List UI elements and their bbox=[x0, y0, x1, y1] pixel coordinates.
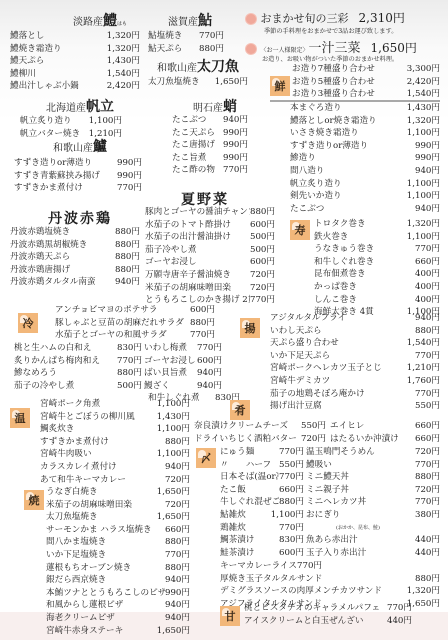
item-price: 1,760円 bbox=[407, 375, 440, 388]
hamo-title-prefix: 淡路産 bbox=[73, 17, 103, 28]
snacks-list: 奈良漬けクリームチーズ550円 エイヒレ660円 ドライいちじく酒粕バター720… bbox=[194, 420, 440, 445]
menu-item: 間八造り940円 bbox=[290, 165, 440, 178]
hamo-title-main: 鱧 bbox=[103, 13, 117, 29]
item-name: キーマカレーライス bbox=[220, 560, 297, 573]
item-name: 桃とピスタチオのキャラメルパフェ bbox=[244, 602, 387, 615]
item-name: 宮崎ポークヘレカツ玉子とじ bbox=[270, 362, 407, 375]
badge-label: 〆 bbox=[201, 450, 212, 466]
item-name: たこ唐揚げ bbox=[172, 139, 223, 152]
menu-item: たこ天ぷら990円 bbox=[172, 127, 248, 140]
item-price: 1,650円 bbox=[157, 486, 190, 499]
tako-title-prefix: 明石産 bbox=[193, 103, 223, 114]
menu-item: 宮崎牛とごぼうの柳川風1,430円 bbox=[40, 411, 190, 424]
item-price: 880円 bbox=[415, 573, 440, 586]
item-name: 温玉鳴門そうめん bbox=[306, 446, 415, 459]
item-price: 1,320円 bbox=[107, 43, 140, 56]
snacks-row: ドライいちじく酒粕バター720円 はたるいか沖漬け660円 bbox=[194, 433, 440, 446]
item-name: 銀だら西京焼き bbox=[46, 574, 165, 587]
badge-meals: 〆 bbox=[196, 448, 216, 468]
item-price: 600円 bbox=[250, 256, 275, 269]
item-name: デミグラスソースの肉厚メンチカツサンド bbox=[220, 585, 407, 598]
item-name: 帆立バター焼き bbox=[20, 128, 89, 141]
item-name: 日本そば(温or冷) bbox=[220, 471, 279, 484]
item-price: 770円 bbox=[117, 355, 142, 368]
sashimi-list: 本まぐろ造り1,430円 鱧落としor焼き霜造り1,320円 いさき焼き霜造り1… bbox=[290, 102, 440, 215]
item-price: 940円 bbox=[197, 380, 222, 393]
item-price: 660円 bbox=[415, 420, 440, 433]
item-name: いわし梅煮 bbox=[144, 342, 197, 355]
warm-list: 宮崎ポーク角煮1,100円 宮崎牛とごぼうの柳川風1,430円 鯛炙炊き1,10… bbox=[40, 398, 190, 486]
item-name: 帆立炙り造り bbox=[290, 178, 407, 191]
item-price: 600円 bbox=[250, 219, 275, 232]
item-price: 770円 bbox=[199, 30, 224, 43]
item-name: たこ飯 bbox=[220, 484, 279, 497]
menu-item: 間八かま塩焼き880円 bbox=[46, 536, 190, 549]
item-name: 蓮根もちオーブン焼き bbox=[46, 562, 165, 575]
badge-label: 温 bbox=[15, 410, 26, 426]
item-name: 宮崎牛デミカツ bbox=[270, 375, 407, 388]
item-price: 880円 bbox=[190, 317, 215, 330]
item-price: 940円 bbox=[115, 276, 140, 289]
suzuki-title: 和歌山産鱸 bbox=[30, 140, 130, 156]
menu-item: 鮎塩焼き770円 bbox=[148, 30, 224, 43]
flower-icon bbox=[245, 43, 257, 55]
menu-item: 牛しぐれ混ぜご飯880円 bbox=[220, 496, 304, 509]
menu-item: にゅう麺770円 bbox=[220, 446, 304, 459]
item-price: 1,650円 bbox=[157, 625, 190, 638]
menu-item: 万願寺唐辛子醤油焼き720円 bbox=[145, 269, 275, 282]
menu-item: アンチョビマヨのポテサラ600円 bbox=[55, 304, 215, 317]
menu-item: アジタルタルフライ940円 bbox=[270, 312, 440, 325]
item-name: うなぎ白焼き bbox=[46, 486, 157, 499]
item-price: 1,320円 bbox=[407, 115, 440, 128]
item-price: 1,320円 bbox=[407, 218, 440, 231]
item-price: 770円 bbox=[250, 294, 275, 307]
suzuki-title-main: 鱸 bbox=[93, 139, 107, 155]
menu-item: すずきかま煮付け770円 bbox=[14, 182, 142, 195]
item-price: 660円 bbox=[165, 524, 190, 537]
item-name: 鱧吸い bbox=[306, 459, 415, 472]
item-name: 鱧柳川 bbox=[10, 68, 107, 81]
menu-item: 鱧出汁しゃぶ小鍋2,420円 bbox=[10, 80, 140, 93]
item-price: 940円 bbox=[223, 114, 248, 127]
menu-item: 鯛茶漬け830円 bbox=[220, 534, 304, 547]
item-name: 鱧落とし bbox=[10, 30, 107, 43]
menu-item: エイヒレ660円 bbox=[330, 420, 440, 433]
item-price: 770円 bbox=[279, 446, 304, 459]
menu-item: たこ旨煮990円 bbox=[172, 152, 248, 165]
hamo-title: 淡路産鱧はも bbox=[40, 14, 160, 31]
menu-item: 鮎天ぷら880円 bbox=[148, 43, 224, 56]
menu-item: ミニ鱧天丼880円 bbox=[306, 471, 440, 484]
item-name: 丹波赤鶏タルタル南蛮 bbox=[10, 276, 115, 289]
item-price: 1,430円 bbox=[157, 411, 190, 424]
item-name: 和風からし蓮根ピザ bbox=[46, 599, 165, 612]
item-name: 丹波赤鶏黒胡椒焼き bbox=[10, 239, 115, 252]
item-name: 鱧出汁しゃぶ小鍋 bbox=[10, 80, 107, 93]
item-price: 720円 bbox=[250, 282, 275, 295]
item-price: 720円 bbox=[415, 446, 440, 459]
item-name: 宮崎牛肉吸い bbox=[40, 448, 157, 461]
omakase-sansai: おまかせ旬の三彩2,310円 bbox=[245, 9, 405, 26]
item-name: 牛しぐれ混ぜご飯 bbox=[220, 496, 279, 509]
item-price: 1,100円 bbox=[407, 190, 440, 203]
menu-item: お造り3種盛り合わせ1,540円 bbox=[292, 88, 440, 101]
item-price: 1,430円 bbox=[107, 55, 140, 68]
item-name: 帆立炙り造り bbox=[20, 115, 89, 128]
item-price: 990円 bbox=[415, 140, 440, 153]
hotate-list: 帆立炙り造り1,100円 帆立バター焼き1,210円 bbox=[20, 115, 122, 140]
item-price: 770円 bbox=[117, 182, 142, 195]
item-name: サーモンかま ハラス塩焼き bbox=[46, 524, 165, 537]
menu-item: 剣先いか造り1,100円 bbox=[290, 190, 440, 203]
menu-item: トロタク巻き1,320円 bbox=[314, 218, 440, 231]
item-name: 丹波赤鶏天ぷら bbox=[10, 251, 115, 264]
menu-item: 鱧落とし1,320円 bbox=[10, 30, 140, 43]
item-price: 880円 bbox=[115, 226, 140, 239]
menu-item: 銀だら西京焼き940円 bbox=[46, 574, 190, 587]
item-name: 和牛しぐれ巻き bbox=[314, 256, 415, 269]
item-name: アジタルタルフライ bbox=[270, 312, 415, 325]
menu-item: ばい貝旨煮940円 bbox=[144, 367, 222, 380]
item-price: 1,540円 bbox=[407, 337, 440, 350]
natsuyasai-list: 豚肉とゴーヤの醤油チャンプル880円 水茄子のトマト酢掛け600円 水茄子の出汁… bbox=[145, 206, 275, 307]
menu-item: 水茄子とゴーヤの和風サラダ770円 bbox=[55, 329, 215, 342]
item-price: 770円 bbox=[279, 471, 304, 484]
menu-item: 鯛炙炊き1,100円 bbox=[40, 423, 190, 436]
item-name: 剣先いか造り bbox=[290, 190, 407, 203]
menu-item: 厚焼き玉子タルタルサンド880円 bbox=[220, 573, 440, 586]
item-price: 600円 bbox=[279, 547, 304, 560]
item-price: 1,540円 bbox=[407, 88, 440, 101]
item-price: 1,430円 bbox=[407, 102, 440, 115]
item-name: 丹波赤鶏塩焼き bbox=[10, 226, 115, 239]
item-name: すずき造りor薄造り bbox=[14, 157, 117, 170]
item-name: たこぶつ bbox=[290, 203, 415, 216]
flower-icon bbox=[245, 13, 257, 25]
menu-item: 茄子の冷やし煮500円 bbox=[14, 380, 142, 393]
item-price: 1,100円 bbox=[89, 115, 122, 128]
menu-item: ミニヘレカツ丼770円 bbox=[306, 496, 440, 509]
badge-label: 甘 bbox=[225, 608, 236, 624]
item-name: 魚あら赤出汁 bbox=[306, 534, 415, 547]
item-price: 770円 bbox=[223, 164, 248, 177]
menu-item: 揚げ出汁豆腐550円 bbox=[270, 400, 440, 413]
item-price: 990円 bbox=[415, 152, 440, 165]
item-name: たこ酢の物 bbox=[172, 164, 223, 177]
item-price: 1,210円 bbox=[407, 362, 440, 375]
menu-item: 鱧柳川1,540円 bbox=[10, 68, 140, 81]
tako-title-main: 蛸 bbox=[223, 99, 237, 115]
item-name: 〃 ハーフ bbox=[220, 459, 279, 472]
item-price: 770円 bbox=[279, 522, 304, 535]
item-name: お造り3種盛り合わせ bbox=[292, 88, 407, 101]
item-name: ばい貝旨煮 bbox=[144, 367, 197, 380]
menu-item: 鰻ざく940円 bbox=[144, 380, 222, 393]
item-price: 660円 bbox=[279, 484, 304, 497]
item-price: 940円 bbox=[165, 461, 190, 474]
item-price: 940円 bbox=[415, 165, 440, 178]
badge-snacks: 肴 bbox=[230, 400, 250, 420]
badge-sashimi: 鮮 bbox=[270, 76, 290, 96]
item-name: 万願寺唐辛子醤油焼き bbox=[145, 269, 250, 282]
item-price: 1,540円 bbox=[107, 68, 140, 81]
tachiuo-title-prefix: 和歌山産 bbox=[157, 63, 197, 74]
item-price: 2,420円 bbox=[107, 80, 140, 93]
item-name: 鮎雑炊 bbox=[220, 509, 271, 522]
item-name: アンチョビマヨのポテサラ bbox=[55, 304, 190, 317]
item-name: あて和牛キーマカレー bbox=[40, 474, 165, 487]
item-name: 米茄子の胡麻味噌田楽 bbox=[46, 499, 165, 512]
item-price: 550円 bbox=[301, 420, 326, 433]
menu-item: 鱧吸い770円 bbox=[306, 459, 440, 472]
item-name: すずき青紫蘇挟み揚げ bbox=[14, 170, 117, 183]
item-price: 660円 bbox=[415, 433, 440, 446]
item-name: 米茄子の胡麻味噌田楽 bbox=[145, 282, 250, 295]
menu-item: 鱧落としor焼き霜造り1,320円 bbox=[290, 115, 440, 128]
item-name: たこ天ぷら bbox=[172, 127, 223, 140]
badge-warm: 温 bbox=[10, 408, 30, 428]
item-name: 鶏雑炊 bbox=[220, 522, 279, 535]
item-name: 鰻ざく bbox=[144, 380, 197, 393]
badge-label: 肴 bbox=[235, 402, 246, 418]
item-price: 660円 bbox=[415, 256, 440, 269]
item-name: エイヒレ bbox=[330, 420, 415, 433]
menu-item: お造り5種盛り合わせ2,420円 bbox=[292, 76, 440, 89]
item-price: 1,100円 bbox=[407, 178, 440, 191]
item-price: 880円 bbox=[165, 536, 190, 549]
menu-item: いさき焼き霜造り1,100円 bbox=[290, 127, 440, 140]
menu-item: 魚あら赤出汁440円 bbox=[306, 534, 440, 547]
item-name: 奈良漬けクリームチーズ bbox=[194, 420, 301, 433]
menu-item: うなぎ白焼き1,650円 bbox=[46, 486, 190, 499]
meals-left-list: にゅう麺770円 〃 ハーフ550円 日本そば(温or冷)770円 たこ飯660… bbox=[220, 446, 304, 559]
item-name: 海老クリームピザ bbox=[46, 612, 165, 625]
item-price: 1,650円 bbox=[157, 511, 190, 524]
menu-item: はたるいか沖漬け660円 bbox=[330, 433, 440, 446]
item-name: すずきかま煮付け bbox=[40, 436, 165, 449]
item-name: 鉄火巻き bbox=[314, 231, 407, 244]
item-price: 400円 bbox=[415, 281, 440, 294]
item-price: 770円 bbox=[297, 560, 440, 573]
tachiuo-title-main: 太刀魚 bbox=[197, 59, 239, 75]
menu-item: 鱧天ぷら1,430円 bbox=[10, 55, 140, 68]
item-price: 440円 bbox=[415, 547, 440, 560]
item-price: 380円 bbox=[415, 509, 440, 522]
item-price: 1,650円 bbox=[215, 76, 248, 89]
onigiri-note: (おかか、昆布、鮭) bbox=[306, 522, 440, 535]
grilled-list: うなぎ白焼き1,650円 米茄子の胡麻味噌田楽720円 太刀魚塩焼き1,650円… bbox=[46, 486, 190, 637]
item-name: 鱧落としor焼き霜造り bbox=[290, 115, 407, 128]
suzuki-title-prefix: 和歌山産 bbox=[53, 143, 93, 154]
item-name: うなきゅう巻き bbox=[314, 243, 415, 256]
snacks-row: 奈良漬けクリームチーズ550円 エイヒレ660円 bbox=[194, 420, 440, 433]
item-price: 990円 bbox=[165, 587, 190, 600]
suzuki-list: すずき造りor薄造り990円 すずき青紫蘇挟み揚げ990円 すずきかま煮付け77… bbox=[14, 157, 142, 195]
item-price: 880円 bbox=[115, 251, 140, 264]
cold-right-list: いわし梅煮770円 ゴーヤお浸し600円 ばい貝旨煮940円 鰻ざく940円 bbox=[144, 342, 222, 392]
ayu-title: 滋賀産鮎 bbox=[150, 14, 230, 30]
item-price: 1,100円 bbox=[271, 509, 304, 522]
menu-item: アイスクリームと白玉ぜんざい440円 bbox=[244, 615, 412, 628]
item-name: 豚肉とゴーヤの醤油チャンプル bbox=[145, 206, 250, 219]
item-price: 830円 bbox=[117, 342, 142, 355]
item-price: 770円 bbox=[415, 388, 440, 401]
menu-item: キーマカレーライス770円 bbox=[220, 560, 440, 573]
menu-item: 炙りかんぱち梅肉和え770円 bbox=[14, 355, 142, 368]
item-price: 880円 bbox=[415, 325, 440, 338]
tachiuo-list: 太刀魚塩焼き1,650円 bbox=[148, 76, 248, 89]
item-price: 500円 bbox=[250, 231, 275, 244]
akadori-list: 丹波赤鶏塩焼き880円 丹波赤鶏黒胡椒焼き880円 丹波赤鶏天ぷら880円 丹波… bbox=[10, 226, 140, 289]
item-price: 880円 bbox=[250, 206, 275, 219]
menu-item: 豚しゃぶと豆苗の胡麻だれサラダ880円 bbox=[55, 317, 215, 330]
item-name: 厚焼き玉子タルタルサンド bbox=[220, 573, 415, 586]
item-name: 桃と生ハムの白和え bbox=[14, 342, 117, 355]
hamo-ruby: はも bbox=[117, 21, 127, 27]
item-price: 940円 bbox=[165, 599, 190, 612]
badge-fried: 揚 bbox=[240, 318, 260, 338]
menu-item: 茄子の地鶏そぼろ庵かけ770円 bbox=[270, 388, 440, 401]
menu-item: うなきゅう巻き770円 bbox=[314, 243, 440, 256]
item-name: いか下足塩焼き bbox=[46, 549, 165, 562]
menu-item: 本鮪ツナととうもろこしのピザ990円 bbox=[46, 587, 190, 600]
item-price: 720円 bbox=[415, 484, 440, 497]
item-price: 940円 bbox=[165, 612, 190, 625]
item-price: 400円 bbox=[415, 294, 440, 307]
item-name: 宮崎牛赤身ステーキ bbox=[46, 625, 157, 638]
item-price: 1,100円 bbox=[157, 398, 190, 411]
menu-item: ミニ親子丼720円 bbox=[306, 484, 440, 497]
item-name: ゴーヤお浸し bbox=[145, 256, 250, 269]
item-name: 宮崎牛とごぼうの柳川風 bbox=[40, 411, 157, 424]
menu-item: 宮崎ポークヘレカツ玉子とじ1,210円 bbox=[270, 362, 440, 375]
item-price: 770円 bbox=[415, 459, 440, 472]
item-name: 天ぷら盛り合わせ bbox=[270, 337, 407, 350]
menu-item: 鯵造り990円 bbox=[290, 152, 440, 165]
item-price: 720円 bbox=[165, 474, 190, 487]
item-price: 600円 bbox=[197, 355, 222, 368]
menu-item: 水茄子のトマト酢掛け600円 bbox=[145, 219, 275, 232]
menu-item: 和牛しぐれ巻き660円 bbox=[314, 256, 440, 269]
item-name: はたるいか沖漬け bbox=[330, 433, 415, 446]
item-price: 400円 bbox=[415, 268, 440, 281]
item-price: 2,420円 bbox=[407, 76, 440, 89]
ayu-title-prefix: 滋賀産 bbox=[168, 17, 198, 28]
moriawase-list: お造り7種盛り合わせ3,300円 お造り5種盛り合わせ2,420円 お造り3種盛… bbox=[292, 63, 440, 101]
item-price: 990円 bbox=[223, 139, 248, 152]
item-name: 揚げ出汁豆腐 bbox=[270, 400, 415, 413]
menu-item: 蓮根もちオーブン焼き880円 bbox=[46, 562, 190, 575]
badge-grilled: 焼 bbox=[24, 490, 44, 510]
item-price: 440円 bbox=[387, 615, 412, 628]
item-price: 940円 bbox=[415, 312, 440, 325]
badge-label: 寿 bbox=[295, 222, 306, 238]
item-name: 本鮪ツナととうもろこしのピザ bbox=[46, 587, 165, 600]
menu-item: ドライいちじく酒粕バター720円 bbox=[194, 433, 326, 446]
menu-item: お造り7種盛り合わせ3,300円 bbox=[292, 63, 440, 76]
hotate-title-prefix: 北海道産 bbox=[46, 103, 86, 114]
ayu-list: 鮎塩焼き770円 鮎天ぷら880円 bbox=[148, 30, 224, 55]
item-price: 990円 bbox=[223, 127, 248, 140]
item-price: 770円 bbox=[190, 329, 215, 342]
item-name: たこぶつ bbox=[172, 114, 223, 127]
item-name: 鱧天ぷら bbox=[10, 55, 107, 68]
item-name: 鱧焼き霜造り bbox=[10, 43, 107, 56]
item-name: 鯵造り bbox=[290, 152, 415, 165]
menu-item: 日本そば(温or冷)770円 bbox=[220, 471, 304, 484]
menu-item: すずき造りor薄造り990円 bbox=[290, 140, 440, 153]
item-name: 丹波赤鶏唐揚げ bbox=[10, 264, 115, 277]
hotate-title-main: 帆立 bbox=[86, 99, 114, 115]
menu-item: 米茄子の胡麻味噌田楽720円 bbox=[46, 499, 190, 512]
menu-item: いか下足塩焼き770円 bbox=[46, 549, 190, 562]
item-price: 940円 bbox=[165, 574, 190, 587]
menu-item: すずき青紫蘇挟み揚げ990円 bbox=[14, 170, 142, 183]
cold-top-list: アンチョビマヨのポテサラ600円 豚しゃぶと豆苗の胡麻だれサラダ880円 水茄子… bbox=[55, 304, 215, 342]
menu-item: 宮崎牛デミカツ1,760円 bbox=[270, 375, 440, 388]
menu-item: 奈良漬けクリームチーズ550円 bbox=[194, 420, 326, 433]
item-name: ドライいちじく酒粕バター bbox=[194, 433, 301, 446]
item-price: 600円 bbox=[190, 304, 215, 317]
menu-item: 昆布佃煮巻き400円 bbox=[314, 268, 440, 281]
tachiuo-title: 和歌山産太刀魚 bbox=[148, 60, 248, 76]
menu-item: 桃とピスタチオのキャラメルパフェ770円 bbox=[244, 602, 412, 615]
item-name: 間八かま塩焼き bbox=[46, 536, 165, 549]
menu-item: 本まぐろ造り1,430円 bbox=[290, 102, 440, 115]
item-name: いか下足天ぷら bbox=[270, 350, 415, 363]
item-price: 1,320円 bbox=[407, 585, 440, 598]
item-name: ゴーヤお浸し bbox=[144, 355, 197, 368]
menu-item: 鉄火巻き1,100円 bbox=[314, 231, 440, 244]
item-name: すずきかま煮付け bbox=[14, 182, 117, 195]
menu-item: いわし梅煮770円 bbox=[144, 342, 222, 355]
menu-item: カラスカレイ煮付け940円 bbox=[40, 461, 190, 474]
item-price: 770円 bbox=[165, 549, 190, 562]
item-name: ミニ親子丼 bbox=[306, 484, 415, 497]
hamo-list: 鱧落とし1,320円 鱧焼き霜造り1,320円 鱧天ぷら1,430円 鱧柳川1,… bbox=[10, 30, 140, 93]
menu-item: 太刀魚塩焼き1,650円 bbox=[46, 511, 190, 524]
menu-item: 温玉鳴門そうめん720円 bbox=[306, 446, 440, 459]
item-name: 鯛炙炊き bbox=[40, 423, 157, 436]
menu-item: 宮崎牛肉吸い1,100円 bbox=[40, 448, 190, 461]
item-name: しんこ巻き bbox=[314, 294, 415, 307]
menu-item: 茄子冷やし煮500円 bbox=[145, 244, 275, 257]
item-name: トロタク巻き bbox=[314, 218, 407, 231]
menu-item: 太刀魚塩焼き1,650円 bbox=[148, 76, 248, 89]
menu-item: 米茄子の胡麻味噌田楽720円 bbox=[145, 282, 275, 295]
item-name: 豚しゃぶと豆苗の胡麻だれサラダ bbox=[55, 317, 190, 330]
item-name: 間八造り bbox=[290, 165, 415, 178]
menu-item: 丹波赤鶏唐揚げ880円 bbox=[10, 264, 140, 277]
item-price: 880円 bbox=[117, 367, 142, 380]
menu-item: 海老クリームピザ940円 bbox=[46, 612, 190, 625]
item-price: 720円 bbox=[301, 433, 326, 446]
menu-item: 玉子入り赤出汁440円 bbox=[306, 547, 440, 560]
item-price: 1,320円 bbox=[107, 30, 140, 43]
menu-item: しんこ巻き400円 bbox=[314, 294, 440, 307]
badge-label: 揚 bbox=[245, 320, 256, 336]
menu-item: 鮎雑炊1,100円 bbox=[220, 509, 304, 522]
item-name: 宮崎ポーク角煮 bbox=[40, 398, 157, 411]
item-name: 茄子の冷やし煮 bbox=[14, 380, 117, 393]
item-price: 770円 bbox=[197, 342, 222, 355]
item-name: (おかか、昆布、鮭) bbox=[336, 522, 440, 535]
menu-item: 水茄子の出汁醤油掛け500円 bbox=[145, 231, 275, 244]
item-price: 880円 bbox=[165, 562, 190, 575]
fried-list: アジタルタルフライ940円 いわし天ぷら880円 天ぷら盛り合わせ1,540円 … bbox=[270, 312, 440, 413]
badge-cold: 冷 bbox=[18, 313, 38, 333]
